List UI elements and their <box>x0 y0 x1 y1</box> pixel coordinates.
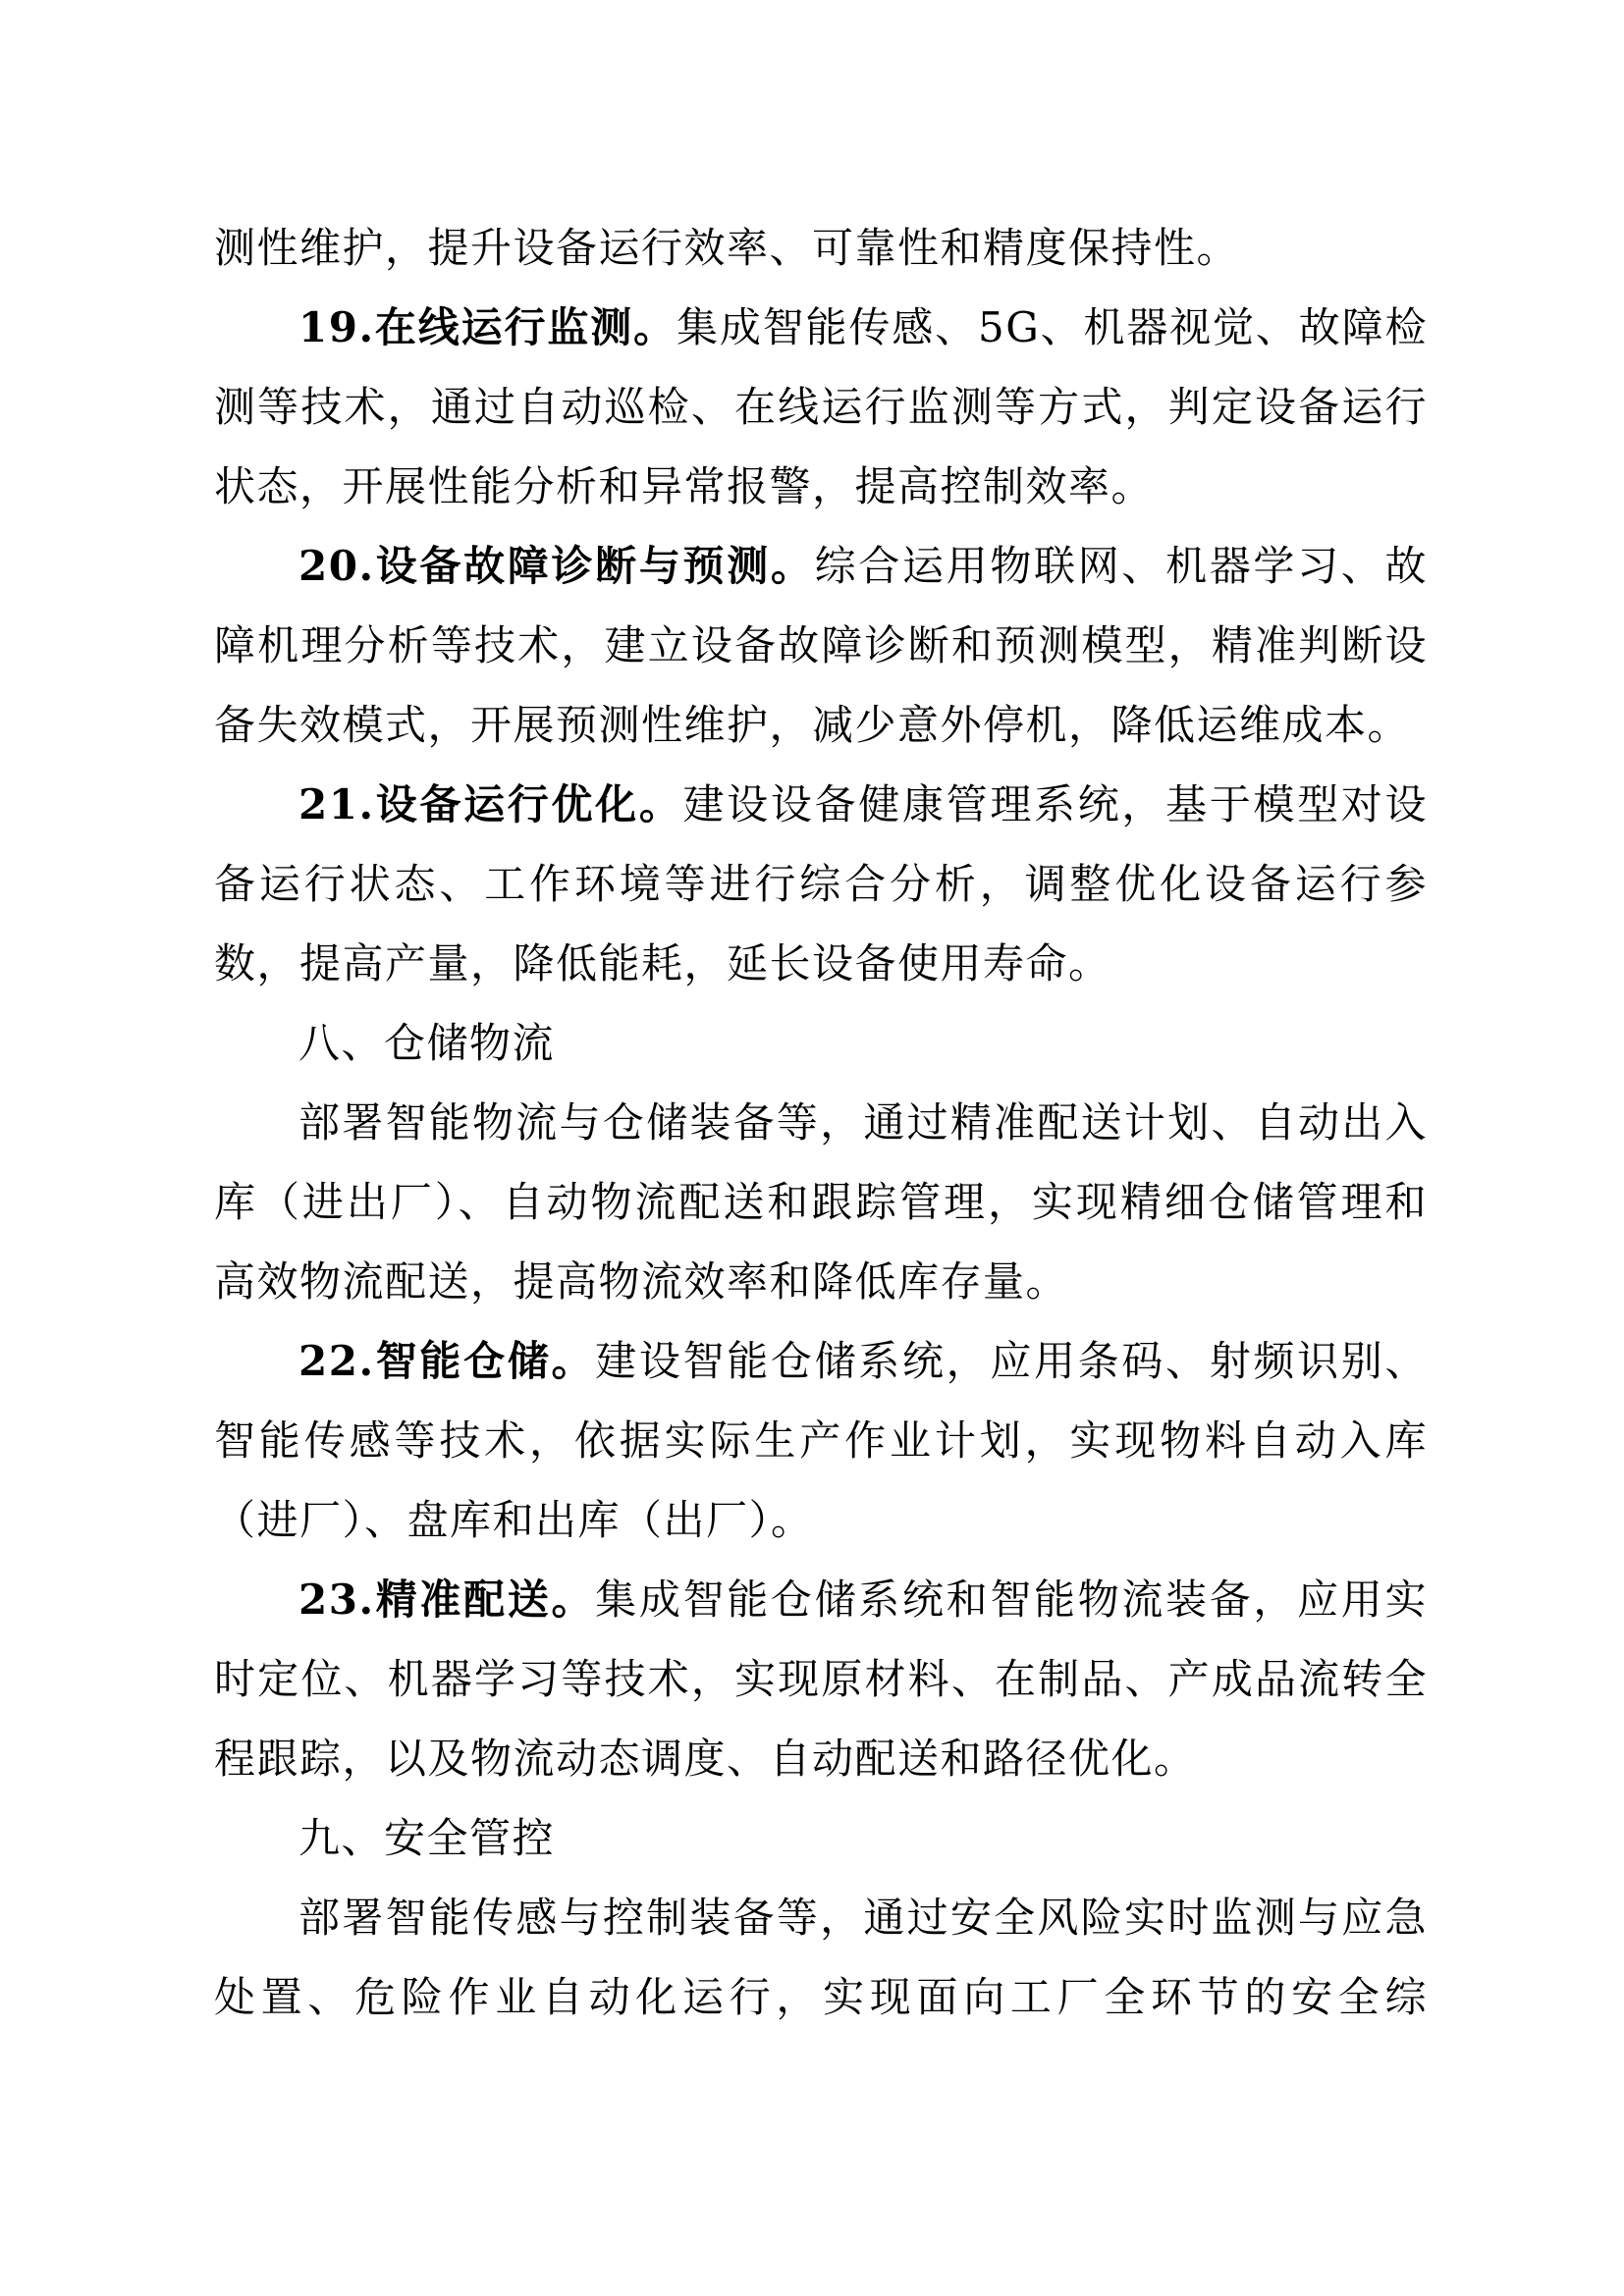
item-title: 23.精准配送。 <box>298 1575 595 1624</box>
section-intro-warehousing: 部署智能物流与仓储装备等，通过精准配送计划、自动出入库（进出厂）、自动物流配送和… <box>214 1083 1428 1321</box>
paragraph-continuation: 测性维护，提升设备运行效率、可靠性和精度保持性。 <box>214 208 1428 288</box>
item-title: 19.在线运行监测。 <box>298 303 677 351</box>
item-20-fault-diagnosis: 20.设备故障诊断与预测。综合运用物联网、机器学习、故障机理分析等技术，建立设备… <box>214 526 1428 765</box>
item-23-precise-delivery: 23.精准配送。集成智能仓储系统和智能物流装备，应用实时定位、机器学习等技术，实… <box>214 1560 1428 1798</box>
item-title: 22.智能仓储。 <box>298 1337 595 1385</box>
item-21-operation-optimization: 21.设备运行优化。建设设备健康管理系统，基于模型对设备运行状态、工作环境等进行… <box>214 765 1428 1003</box>
item-title: 20.设备故障诊断与预测。 <box>298 542 815 590</box>
section-intro-safety: 部署智能传感与控制装备等，通过安全风险实时监测与应急处置、危险作业自动化运行，实… <box>214 1878 1428 2037</box>
section-heading-warehousing: 八、仓储物流 <box>214 1003 1428 1083</box>
document-page: 测性维护，提升设备运行效率、可靠性和精度保持性。 19.在线运行监测。集成智能传… <box>214 208 1428 2037</box>
section-heading-safety: 九、安全管控 <box>214 1798 1428 1878</box>
item-title: 21.设备运行优化。 <box>298 780 683 828</box>
item-19-online-monitoring: 19.在线运行监测。集成智能传感、5G、机器视觉、故障检测等技术，通过自动巡检、… <box>214 288 1428 526</box>
item-22-smart-warehousing: 22.智能仓储。建设智能仓储系统，应用条码、射频识别、智能传感等技术，依据实际生… <box>214 1321 1428 1560</box>
